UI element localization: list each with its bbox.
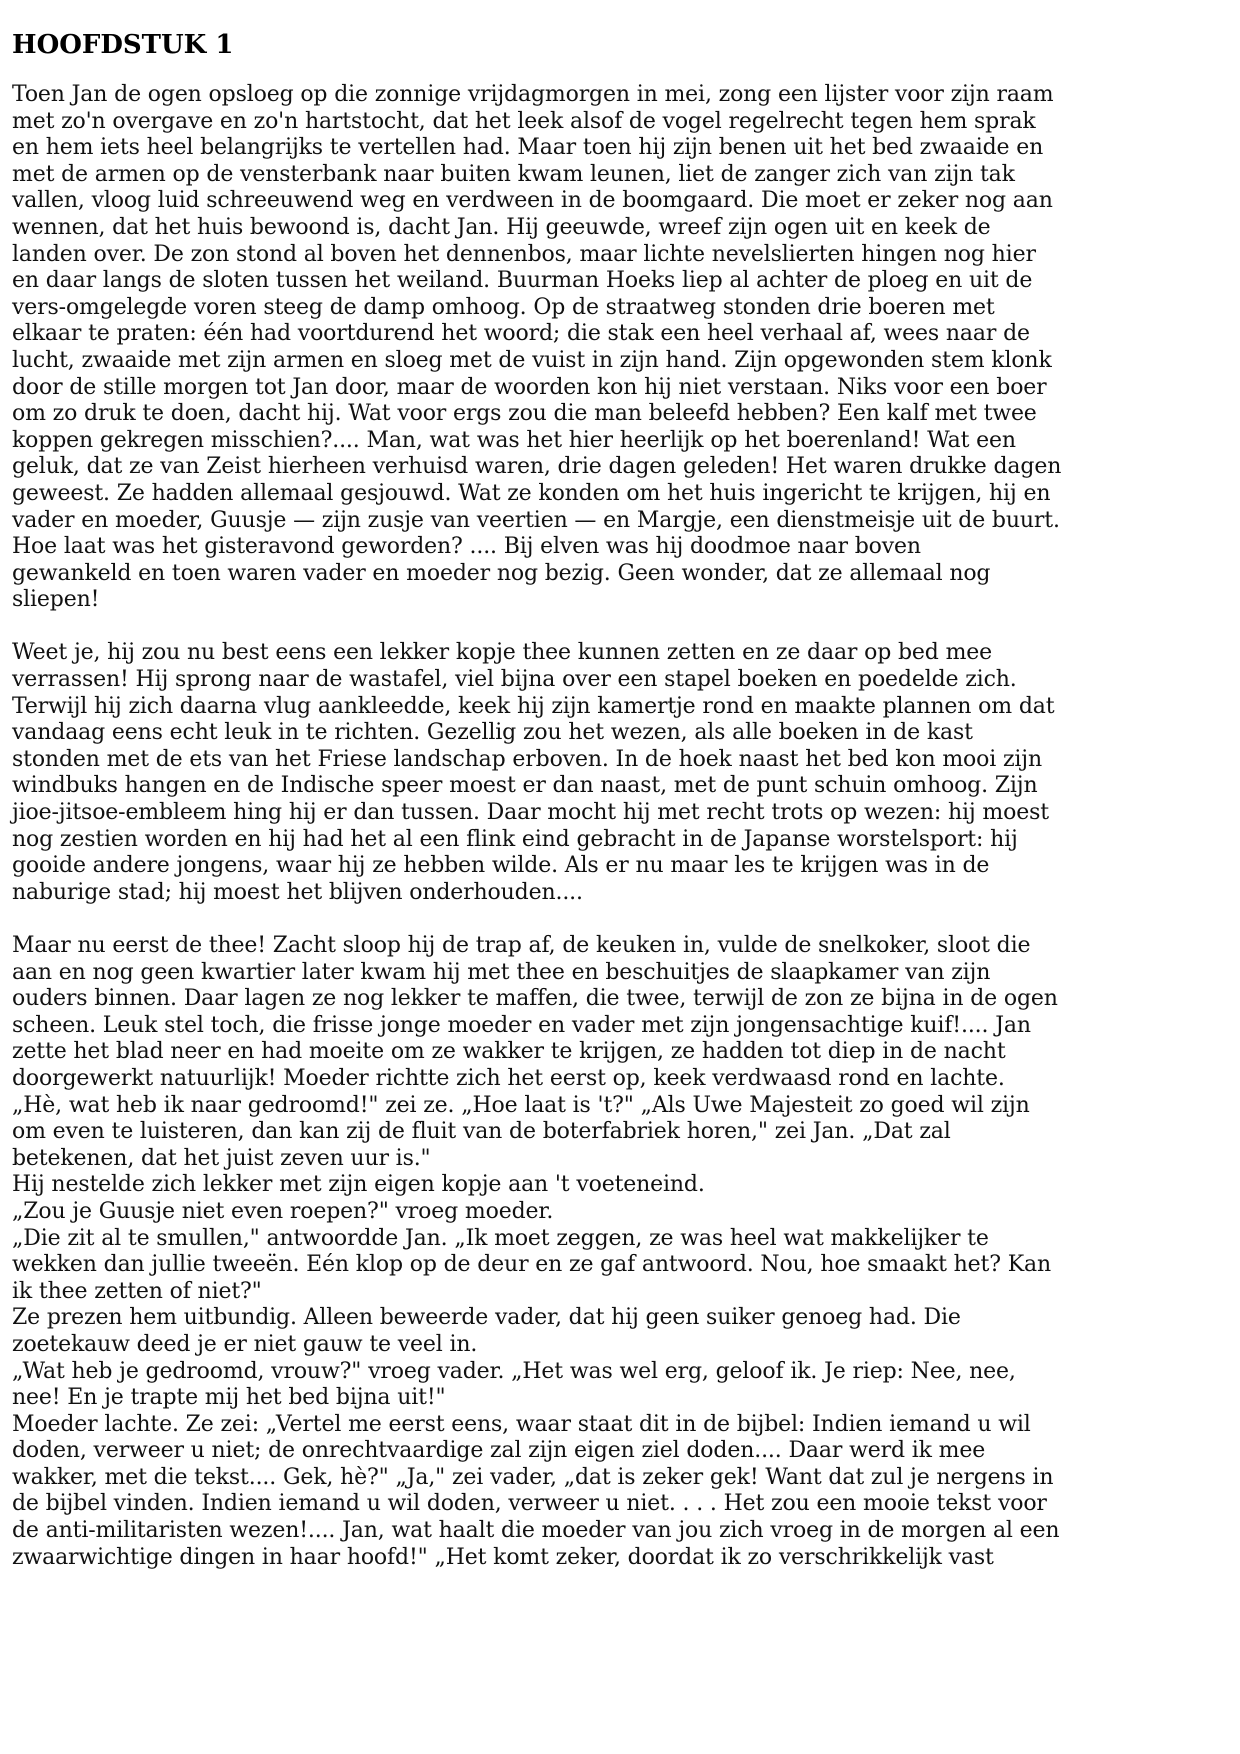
text-line: en hem iets heel belangrijks te vertelle… [12,135,1228,162]
text-line: geluk, dat ze van Zeist hierheen verhuis… [12,454,1228,481]
text-line: „Zou je Guusje niet even roepen?" vroeg … [12,1199,1228,1226]
text-line: wakker, met die tekst.... Gek, hè?" „Ja,… [12,1465,1228,1492]
text-line: Moeder lachte. Ze zei: „Vertel me eerst … [12,1412,1228,1439]
text-line: nog zestien worden en hij had het al een… [12,827,1228,854]
text-line: vandaag eens echt leuk in te richten. Ge… [12,720,1228,747]
text-line: wekken dan jullie tweeën. Eén klop op de… [12,1252,1228,1279]
text-line: om zo druk te doen, dacht hij. Wat voor … [12,401,1228,428]
text-line: vader en moeder, Guusje — zijn zusje van… [12,508,1228,535]
text-line: Toen Jan de ogen opsloeg op die zonnige … [12,82,1228,109]
text-line: Weet je, hij zou nu best eens een lekker… [12,640,1228,667]
text-line: landen over. De zon stond al boven het d… [12,242,1228,269]
text-line: wennen, dat het huis bewoond is, dacht J… [12,215,1228,242]
text-line: de anti-militaristen wezen!.... Jan, wat… [12,1518,1228,1545]
document-page: HOOFDSTUK 1 Toen Jan de ogen opsloeg op … [0,0,1240,1571]
text-line: ouders binnen. Daar lagen ze nog lekker … [12,986,1228,1013]
text-line: Hoe laat was het gisteravond geworden? .… [12,534,1228,561]
text-line: windbuks hangen en de Indische speer moe… [12,773,1228,800]
text-line: met de armen op de vensterbank naar buit… [12,162,1228,189]
text-line: elkaar te praten: één had voortdurend he… [12,321,1228,348]
text-line: scheen. Leuk stel toch, die frisse jonge… [12,1013,1228,1040]
text-line: zette het blad neer en had moeite om ze … [12,1039,1228,1066]
text-line: om even te luisteren, dan kan zij de flu… [12,1119,1228,1146]
text-line: Maar nu eerst de thee! Zacht sloop hij d… [12,933,1228,960]
text-line: doorgewerkt natuurlijk! Moeder richtte z… [12,1066,1228,1093]
text-line: naburige stad; hij moest het blijven ond… [12,880,1228,907]
text-line: de bijbel vinden. Indien iemand u wil do… [12,1491,1228,1518]
text-line: lucht, zwaaide met zijn armen en sloeg m… [12,348,1228,375]
text-line: Hij nestelde zich lekker met zijn eigen … [12,1172,1228,1199]
text-line: nee! En je trapte mij het bed bijna uit!… [12,1385,1228,1412]
text-line: „Wat heb je gedroomd, vrouw?" vroeg vade… [12,1359,1228,1386]
text-line: „Die zit al te smullen," antwoordde Jan.… [12,1226,1228,1253]
text-line: Ze prezen hem uitbundig. Alleen beweerde… [12,1305,1228,1332]
text-line: sliepen! [12,587,1228,614]
text-line: verrassen! Hij sprong naar de wastafel, … [12,667,1228,694]
chapter-title: HOOFDSTUK 1 [12,0,1228,61]
paragraph-1: Toen Jan de ogen opsloeg op die zonnige … [12,82,1228,614]
text-line: gewankeld en toen waren vader en moeder … [12,561,1228,588]
text-line: koppen gekregen misschien?.... Man, wat … [12,428,1228,455]
text-line: en daar langs de sloten tussen het weila… [12,268,1228,295]
text-line: zoetekauw deed je er niet gauw te veel i… [12,1332,1228,1359]
paragraph-2: Weet je, hij zou nu best eens een lekker… [12,640,1228,906]
text-line: door de stille morgen tot Jan door, maar… [12,375,1228,402]
text-line: aan en nog geen kwartier later kwam hij … [12,960,1228,987]
text-line: geweest. Ze hadden allemaal gesjouwd. Wa… [12,481,1228,508]
text-line: stonden met de ets van het Friese landsc… [12,747,1228,774]
text-line: ik thee zetten of niet?" [12,1279,1228,1306]
text-line: Terwijl hij zich daarna vlug aankleedde,… [12,694,1228,721]
text-line: „Hè, wat heb ik naar gedroomd!" zei ze. … [12,1093,1228,1120]
text-line: zwaarwichtige dingen in haar hoofd!" „He… [12,1545,1228,1572]
text-line: jioe-jitsoe-embleem hing hij er dan tuss… [12,800,1228,827]
text-line: doden, verweer u niet; de onrechtvaardig… [12,1438,1228,1465]
paragraph-3: Maar nu eerst de thee! Zacht sloop hij d… [12,933,1228,1571]
text-line: vers-omgelegde voren steeg de damp omhoo… [12,295,1228,322]
text-line: met zo'n overgave en zo'n hartstocht, da… [12,109,1228,136]
text-line: gooide andere jongens, waar hij ze hebbe… [12,853,1228,880]
text-line: vallen, vloog luid schreeuwend weg en ve… [12,188,1228,215]
text-line: betekenen, dat het juist zeven uur is." [12,1146,1228,1173]
